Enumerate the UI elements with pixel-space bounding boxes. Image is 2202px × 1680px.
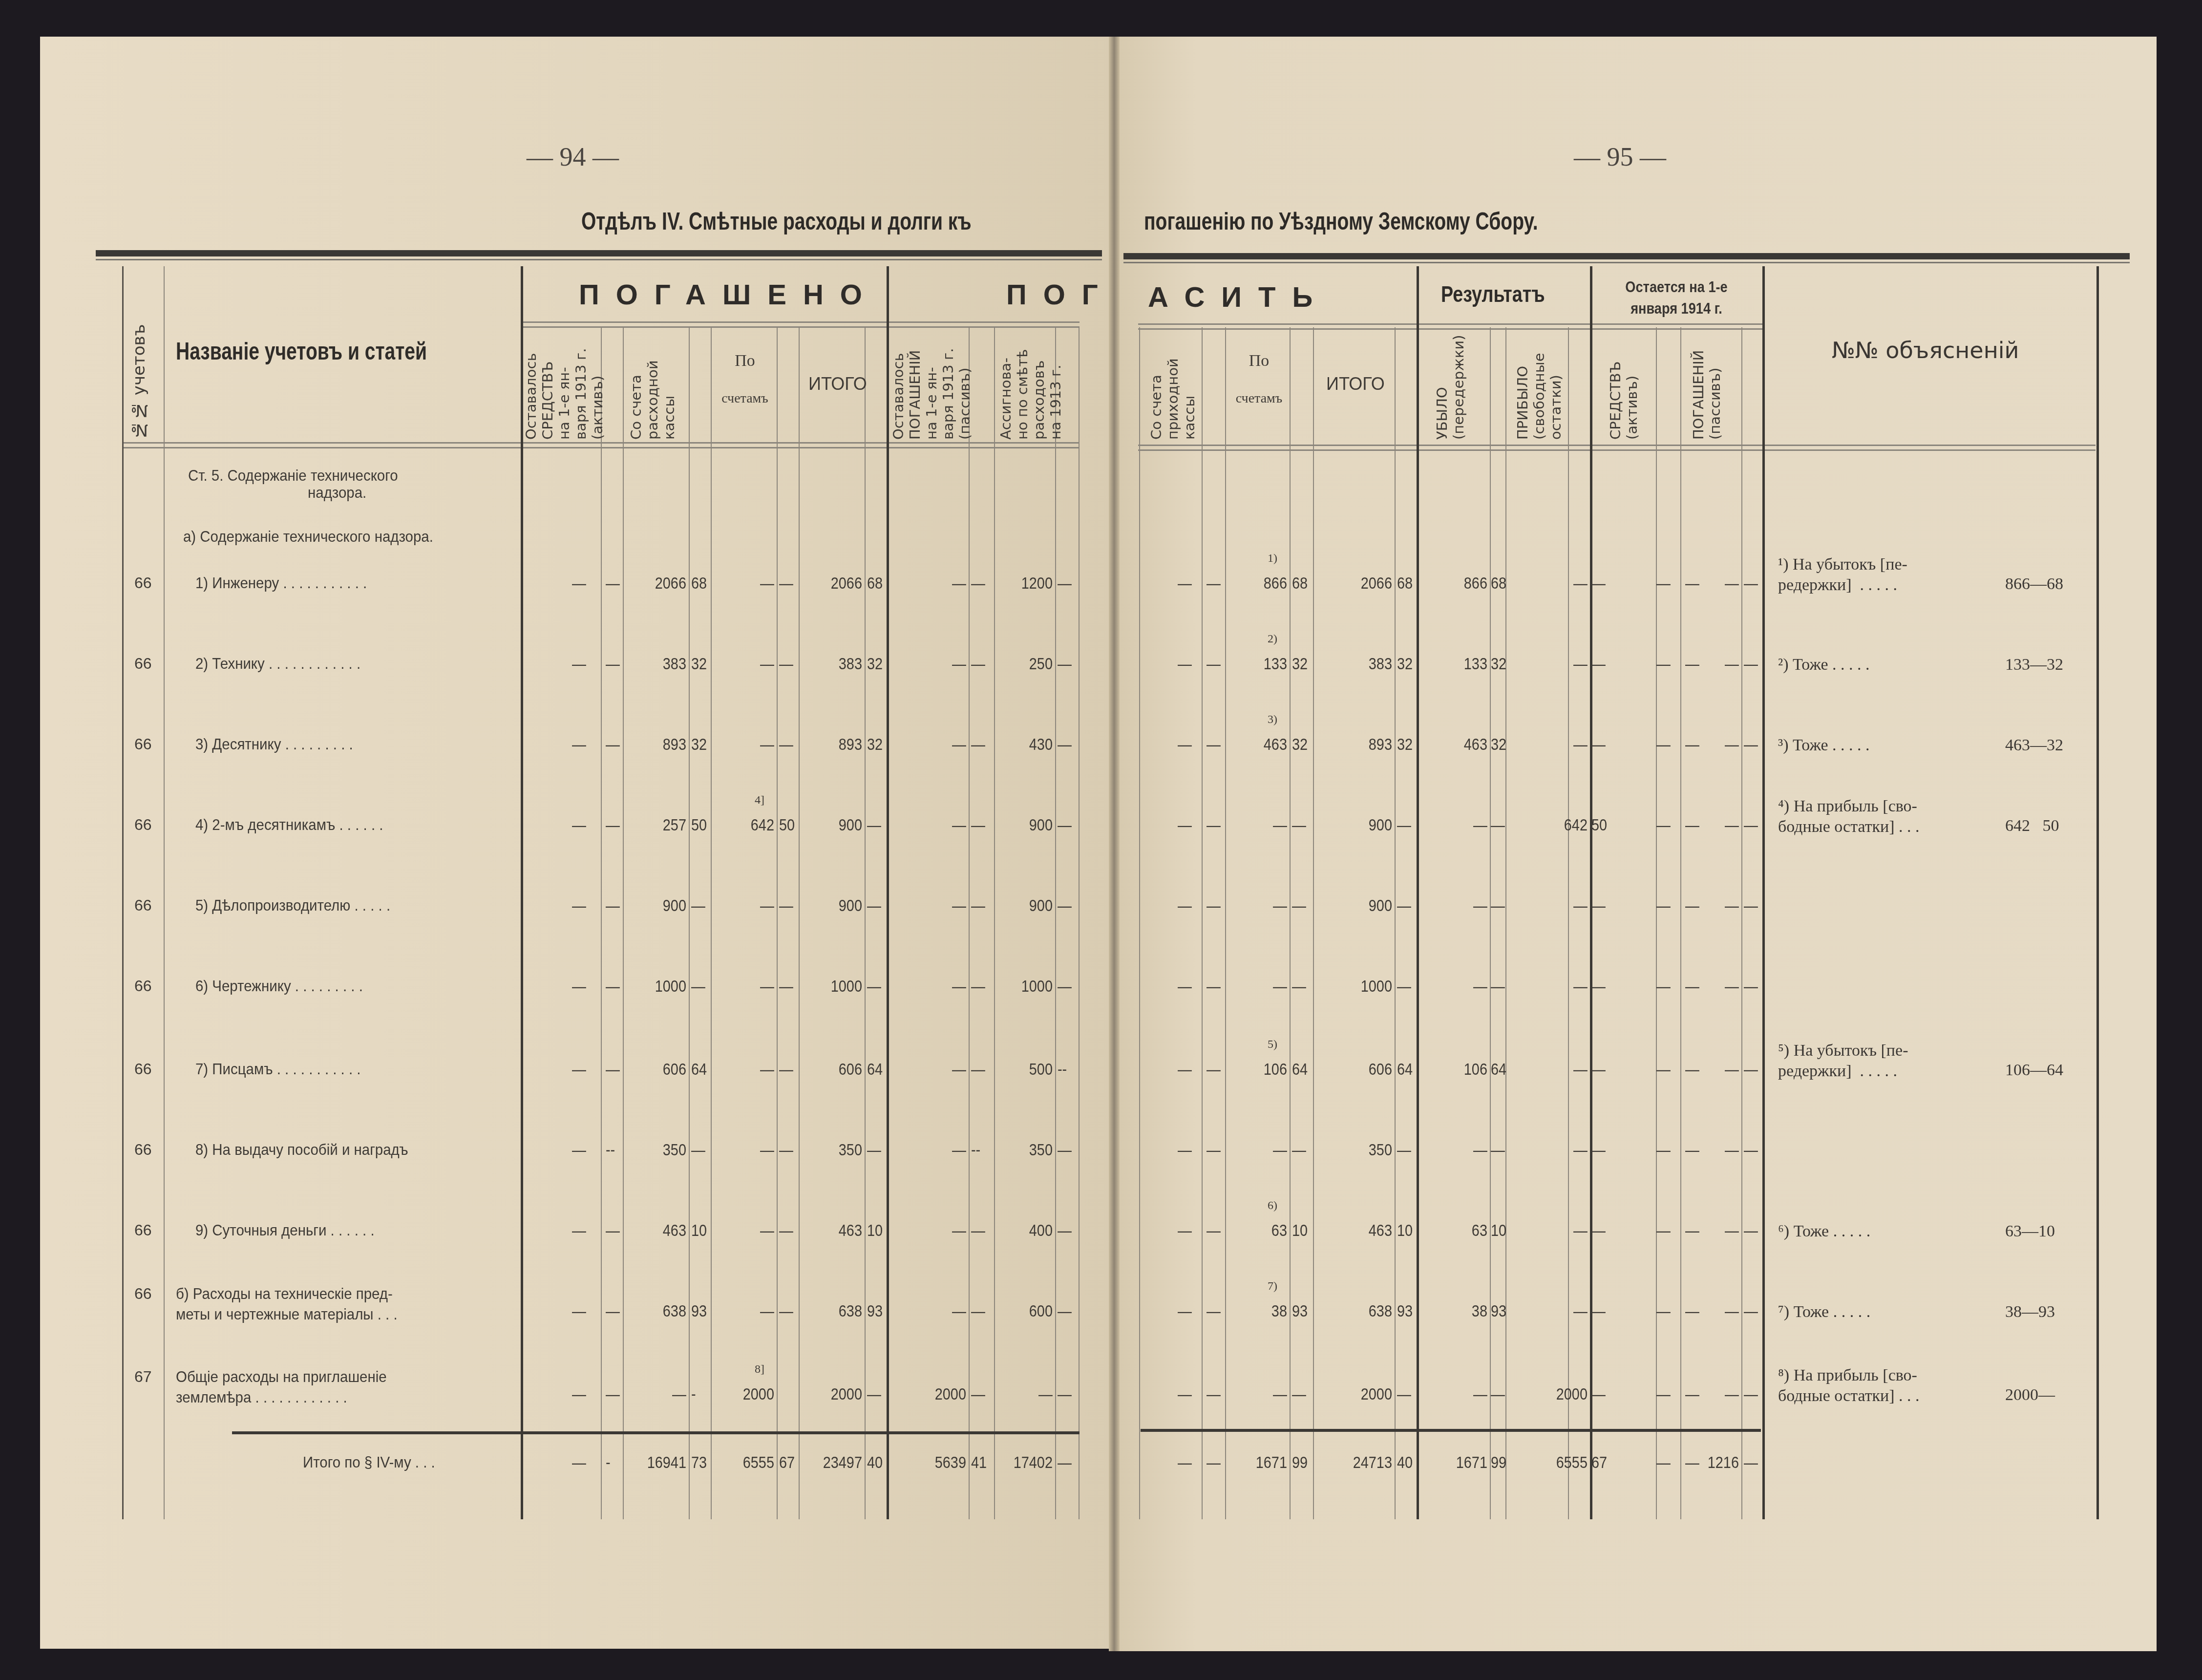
col-border: [122, 266, 124, 1519]
row-label: б) Расходы на техническіе пред-: [176, 1285, 393, 1303]
cell-c2-rub: 350: [620, 1141, 686, 1160]
total-c5-rub: 5639: [891, 1453, 966, 1472]
header-pogasit-right: АСИТЬ: [1148, 281, 1329, 314]
subheader-so-scheta-prihodnoy: Со счета приходной кассы: [1148, 332, 1198, 440]
cell-c6-kop: --: [1058, 1060, 1075, 1079]
cell-r3-rub: 350: [1326, 1141, 1392, 1160]
total-r4-rub: 1671: [1413, 1453, 1487, 1472]
cell-c2-rub: 606: [620, 1060, 686, 1079]
cell-c4-kop: 93: [867, 1302, 885, 1321]
col-border: [865, 327, 866, 1519]
cell-c4-rub: 900: [796, 816, 862, 835]
page-number-right: — 95 —: [1574, 142, 1666, 172]
cell-r7-kop: —: [1744, 574, 1761, 593]
cell-r7-kop: —: [1744, 896, 1761, 915]
cell-r3-kop: —: [1397, 1385, 1415, 1404]
cell-c6-kop: —: [1058, 816, 1075, 835]
total-c3-rub: 6555: [699, 1453, 774, 1472]
explanation-value: 106—64: [2005, 1060, 2063, 1081]
explanation-text: ¹) На убытокъ [пе- редержки] . . . . .: [1778, 554, 1907, 595]
cell-r1-rub: —: [1125, 574, 1192, 593]
cell-r7-rub: —: [1673, 655, 1739, 674]
total-c6-rub: 17402: [978, 1453, 1053, 1472]
cell-r4-rub: 63: [1421, 1221, 1487, 1240]
cell-c3-kop: —: [779, 574, 797, 593]
cell-r5-rub: —: [1521, 977, 1588, 996]
cell-c5-rub: —: [900, 896, 966, 915]
cell-r6-rub: —: [1604, 816, 1671, 835]
col-border: [1225, 327, 1226, 1519]
col-border: [1202, 327, 1203, 1519]
col-border: [969, 327, 970, 1519]
subheader-ostavalos-pogasheniy: Оставалось ПОГАШЕНІЙ на 1-е ян- варя 191…: [890, 332, 973, 440]
cell-c6-rub: 600: [986, 1302, 1053, 1321]
header-remains: Остается на 1-е января 1914 г.: [1606, 276, 1747, 319]
subheader-pribylo: ПРИБЫЛО (свободные остатки): [1514, 332, 1564, 440]
cell-c3-rub: —: [708, 1302, 774, 1321]
cell-c1-rub: —: [520, 1221, 586, 1240]
header-explanations: №№ объясненій: [1832, 337, 2019, 363]
cell-r3-kop: 64: [1397, 1060, 1415, 1079]
page-number-left: — 94 —: [527, 142, 619, 172]
cell-c6-rub: 430: [986, 735, 1053, 754]
group-rule-right: [1138, 323, 1763, 330]
header-name: Названіе учетовъ и статей: [176, 337, 427, 365]
cell-r2-rub: —: [1221, 1141, 1287, 1160]
cell-c5-rub: —: [900, 977, 966, 996]
header-bottom-rule-right: [1138, 445, 2096, 451]
cell-c4-kop: —: [867, 896, 885, 915]
cell-c6-rub: 250: [986, 655, 1053, 674]
cell-c4-rub: 606: [796, 1060, 862, 1079]
cell-r4-rub: 866: [1421, 574, 1487, 593]
explanation-value: 2000—: [2005, 1385, 2055, 1405]
cell-r2-rub: 133: [1221, 655, 1287, 674]
account-number: 67: [134, 1368, 152, 1386]
cell-r7-kop: —: [1744, 977, 1761, 996]
cell-r4-kop: —: [1491, 977, 1508, 996]
cell-r6-rub: —: [1604, 1141, 1671, 1160]
cell-r6-rub: —: [1604, 1060, 1671, 1079]
cell-r6-rub: —: [1604, 655, 1671, 674]
subheader-pogasheniy: ПОГАШЕНІЙ (пассивъ): [1690, 332, 1723, 440]
subheader-schetam-right: счетамъ: [1228, 391, 1290, 406]
header-result: Результатъ: [1441, 281, 1545, 307]
cell-c4-rub: 900: [796, 896, 862, 915]
cell-c3-rub: —: [708, 1221, 774, 1240]
cell-c3-rub: —: [708, 735, 774, 754]
cell-c6-kop: —: [1058, 1141, 1075, 1160]
cell-c6-rub: 400: [986, 1221, 1053, 1240]
total-rule-left: [232, 1431, 1080, 1434]
cell-c4-kop: 10: [867, 1221, 885, 1240]
cell-r2-rub: —: [1221, 1385, 1287, 1404]
cell-c1-rub: —: [520, 1141, 586, 1160]
cell-r2-rub: —: [1221, 816, 1287, 835]
cell-r3-kop: 10: [1397, 1221, 1415, 1240]
col-border: [1417, 266, 1419, 1519]
cell-c2-kop: 32: [691, 655, 709, 674]
cell-r3-kop: 93: [1397, 1302, 1415, 1321]
cell-c6-kop: —: [1058, 1302, 1075, 1321]
cell-r4-rub: —: [1421, 896, 1487, 915]
cell-r7-kop: —: [1744, 1141, 1761, 1160]
top-subrule-right: [1123, 262, 2130, 263]
account-number: 66: [134, 896, 152, 914]
cell-c2-rub: —: [620, 1385, 686, 1404]
cell-r5-rub: —: [1521, 1302, 1588, 1321]
cell-r6-rub: —: [1604, 896, 1671, 915]
col-border: [1762, 266, 1765, 1519]
cell-c2-kop: 64: [691, 1060, 709, 1079]
cell-c4-kop: —: [867, 1385, 885, 1404]
cell-c3-rub: 642: [708, 816, 774, 835]
subheader-sredstv: СРЕДСТВЪ (активъ): [1607, 332, 1640, 440]
cell-r4-kop: 32: [1491, 655, 1508, 674]
cell-c5-rub: —: [900, 1060, 966, 1079]
col-border: [1680, 327, 1681, 1519]
account-number: 66: [134, 977, 152, 995]
cell-r7-rub: —: [1673, 1141, 1739, 1160]
cell-r4-kop: 32: [1491, 735, 1508, 754]
cell-r7-rub: —: [1673, 816, 1739, 835]
explanation-value: 463—32: [2005, 735, 2063, 756]
cell-c1-rub: —: [520, 1385, 586, 1404]
account-number: 66: [134, 1221, 152, 1239]
cell-c6-kop: —: [1058, 574, 1075, 593]
cell-r4-kop: —: [1491, 816, 1508, 835]
cell-r3-kop: 32: [1397, 655, 1415, 674]
cell-r4-rub: 106: [1421, 1060, 1487, 1079]
total-r2-rub: 1671: [1212, 1453, 1287, 1472]
top-rule-right: [1123, 253, 2130, 259]
cell-c5-rub: —: [900, 1141, 966, 1160]
cell-c3-kop: —: [779, 977, 797, 996]
cell-c1-rub: —: [520, 735, 586, 754]
col-border: [689, 327, 690, 1519]
explanation-text: ⁷) Тоже . . . . .: [1778, 1302, 1870, 1322]
cell-r5-rub: —: [1521, 574, 1588, 593]
cell-r6-rub: —: [1604, 735, 1671, 754]
row-label-cont: меты и чертежные матеріалы . . .: [176, 1305, 398, 1323]
explanation-text: ²) Тоже . . . . .: [1778, 655, 1870, 675]
cell-c6-rub: 900: [986, 816, 1053, 835]
section-heading-cont: надзора.: [308, 484, 366, 502]
cell-c3-rub: 2000: [708, 1385, 774, 1404]
total-c1-rub: —: [511, 1453, 586, 1472]
col-border: [1490, 327, 1491, 1519]
cell-c3-rub: —: [708, 896, 774, 915]
total-r6-rub: —: [1596, 1453, 1671, 1472]
cell-r2-rub: 106: [1221, 1060, 1287, 1079]
total-r3-kop: 40: [1397, 1453, 1415, 1472]
cell-r3-kop: —: [1397, 816, 1415, 835]
header-pogasheno: ПОГАШЕНО: [579, 278, 879, 311]
cell-c6-rub: 350: [986, 1141, 1053, 1160]
cell-r2-kop: —: [1292, 816, 1310, 835]
cell-c1-rub: —: [520, 574, 586, 593]
cell-c5-rub: —: [900, 1302, 966, 1321]
subheader-ostavalos-sredstv: Оставалось СРЕДСТВЪ на 1-е ян- варя 1913…: [523, 332, 606, 440]
cell-c2-kop: 93: [691, 1302, 709, 1321]
total-c6-kop: —: [1058, 1453, 1075, 1472]
cell-r7-kop: —: [1744, 1060, 1761, 1079]
cell-c3-kop: —: [779, 1141, 797, 1160]
cell-r2-rub: 63: [1221, 1221, 1287, 1240]
cell-c1-rub: —: [520, 655, 586, 674]
section-subheading: а) Содержаніе технического надзора.: [183, 528, 433, 546]
cell-r7-kop: —: [1744, 655, 1761, 674]
total-r3-rub: 24713: [1317, 1453, 1392, 1472]
row-label: 6) Чертежнику . . . . . . . . .: [195, 977, 363, 995]
cell-r2-rub: —: [1221, 977, 1287, 996]
col-border: [601, 327, 602, 1519]
cell-r5-rub: 2000: [1521, 1385, 1588, 1404]
cell-c6-kop: —: [1058, 735, 1075, 754]
cell-r3-kop: 32: [1397, 735, 1415, 754]
cell-c4-rub: 350: [796, 1141, 862, 1160]
row-label-cont: землемѣра . . . . . . . . . . . .: [176, 1388, 347, 1406]
cell-r7-kop: —: [1744, 1221, 1761, 1240]
cell-r7-rub: —: [1673, 735, 1739, 754]
total-r7-rub: 1216: [1664, 1453, 1739, 1472]
row-label: 9) Суточныя деньги . . . . . .: [195, 1221, 375, 1239]
col-border: [777, 327, 778, 1519]
cell-c2-rub: 257: [620, 816, 686, 835]
cell-r5-rub: —: [1521, 1141, 1588, 1160]
cell-r3-rub: 900: [1326, 896, 1392, 915]
total-rule-right: [1141, 1429, 1761, 1432]
footnote-marker: 7): [1268, 1280, 1277, 1293]
cell-c2-rub: 463: [620, 1221, 686, 1240]
cell-r7-kop: —: [1744, 735, 1761, 754]
total-label: Итого по § IV-му . . .: [303, 1453, 435, 1471]
cell-c6-kop: —: [1058, 896, 1075, 915]
cell-c3-rub: —: [708, 655, 774, 674]
cell-c3-kop: —: [779, 1221, 797, 1240]
cell-r2-kop: 93: [1292, 1302, 1310, 1321]
cell-c2-kop: 32: [691, 735, 709, 754]
cell-r3-rub: 893: [1326, 735, 1392, 754]
cell-r4-rub: 463: [1421, 735, 1487, 754]
explanation-text: ³) Тоже . . . . .: [1778, 735, 1870, 756]
cell-r1-rub: —: [1125, 896, 1192, 915]
total-r5-rub: 6555: [1513, 1453, 1588, 1472]
cell-c3-kop: —: [779, 1060, 797, 1079]
cell-c3-kop: —: [779, 655, 797, 674]
col-border: [711, 327, 712, 1519]
cell-r5-rub: 642: [1521, 816, 1588, 835]
cell-c6-rub: 500: [986, 1060, 1053, 1079]
cell-r2-kop: 68: [1292, 574, 1310, 593]
cell-c5-rub: —: [900, 655, 966, 674]
subheader-itogo: ИТОГО: [808, 374, 867, 394]
col-border: [1590, 266, 1592, 1519]
cell-r2-rub: 38: [1221, 1302, 1287, 1321]
cell-c2-kop: —: [691, 896, 709, 915]
cell-r3-rub: 2000: [1326, 1385, 1392, 1404]
cell-r6-rub: —: [1604, 574, 1671, 593]
section-heading: Ст. 5. Содержаніе технического: [188, 467, 398, 485]
col-border: [1290, 327, 1291, 1519]
cell-r3-rub: 1000: [1326, 977, 1392, 996]
cell-c2-rub: 1000: [620, 977, 686, 996]
cell-r7-rub: —: [1673, 1060, 1739, 1079]
cell-r2-kop: 32: [1292, 735, 1310, 754]
row-label: Общіе расходы на приглашеніе: [176, 1368, 387, 1386]
cell-c2-rub: 893: [620, 735, 686, 754]
cell-c4-kop: —: [867, 1141, 885, 1160]
explanation-text: ⁵) На убытокъ [пе- редержки] . . . . .: [1778, 1041, 1908, 1082]
explanation-value: 133—32: [2005, 655, 2063, 675]
cell-r3-rub: 2066: [1326, 574, 1392, 593]
cell-c5-rub: —: [900, 1221, 966, 1240]
group-rule-left: [523, 321, 1080, 328]
cell-r4-rub: —: [1421, 1141, 1487, 1160]
row-label: 5) Дѣлопроизводителю . . . . .: [195, 896, 390, 914]
col-border: [1656, 327, 1657, 1519]
account-number: 66: [134, 735, 152, 753]
cell-c4-kop: 32: [867, 655, 885, 674]
cell-c6-rub: —: [986, 1385, 1053, 1404]
cell-c5-rub: —: [900, 574, 966, 593]
cell-c4-rub: 2000: [796, 1385, 862, 1404]
cell-c6-kop: —: [1058, 977, 1075, 996]
cell-c4-kop: 68: [867, 574, 885, 593]
cell-r6-rub: —: [1604, 977, 1671, 996]
subheader-schetam: счетамъ: [713, 391, 777, 406]
col-border: [1395, 327, 1396, 1519]
cell-c1-rub: —: [520, 1060, 586, 1079]
cell-c1-rub: —: [520, 816, 586, 835]
footnote-marker: 3): [1268, 713, 1277, 726]
cell-c4-kop: 64: [867, 1060, 885, 1079]
cell-c4-rub: 893: [796, 735, 862, 754]
title-left: Отдѣлъ IV. Смѣтные расходы и долги къ: [581, 207, 972, 235]
cell-r6-rub: —: [1604, 1221, 1671, 1240]
cell-r2-kop: —: [1292, 977, 1310, 996]
cell-r5-rub: —: [1521, 896, 1588, 915]
col-border: [1313, 327, 1314, 1519]
cell-c2-kop: —: [691, 977, 709, 996]
cell-r3-rub: 463: [1326, 1221, 1392, 1240]
account-number: 66: [134, 816, 152, 834]
cell-r2-kop: —: [1292, 1141, 1310, 1160]
cell-c1-rub: —: [520, 896, 586, 915]
cell-c2-kop: -: [691, 1385, 709, 1404]
cell-r7-rub: —: [1673, 1221, 1739, 1240]
cell-c3-kop: —: [779, 735, 797, 754]
col-border: [994, 327, 995, 1519]
cell-r1-rub: —: [1125, 655, 1192, 674]
cell-r4-kop: 10: [1491, 1221, 1508, 1240]
row-label: 8) На выдачу пособій и наградъ: [195, 1141, 408, 1159]
cell-c6-kop: —: [1058, 1385, 1075, 1404]
explanation-value: 63—10: [2005, 1221, 2055, 1242]
cell-r3-kop: —: [1397, 1141, 1415, 1160]
cell-c3-kop: —: [779, 1302, 797, 1321]
explanation-value: 38—93: [2005, 1302, 2055, 1322]
cell-r3-kop: 68: [1397, 574, 1415, 593]
cell-c6-kop: —: [1058, 655, 1075, 674]
cell-r2-kop: 32: [1292, 655, 1310, 674]
row-label: 2) Технику . . . . . . . . . . . .: [195, 655, 360, 673]
top-subrule-left: [96, 259, 1102, 260]
cell-c6-rub: 1000: [986, 977, 1053, 996]
cell-r7-rub: —: [1673, 1385, 1739, 1404]
cell-r1-rub: —: [1125, 1141, 1192, 1160]
cell-c6-kop: —: [1058, 1221, 1075, 1240]
account-number: 66: [134, 1285, 152, 1303]
col-border: [1079, 327, 1080, 1519]
cell-c1-rub: —: [520, 977, 586, 996]
cell-r1-rub: —: [1125, 977, 1192, 996]
row-label: 7) Писцамъ . . . . . . . . . . .: [195, 1060, 361, 1078]
cell-r4-kop: —: [1491, 1141, 1508, 1160]
subheader-po: По: [713, 352, 777, 370]
cell-c6-rub: 900: [986, 896, 1053, 915]
account-number: 66: [134, 574, 152, 592]
footnote-marker: 5): [1268, 1038, 1277, 1051]
cell-c1-rub: —: [520, 1302, 586, 1321]
col-border: [164, 266, 165, 1519]
total-c4-rub: 23497: [787, 1453, 862, 1472]
cell-r3-kop: —: [1397, 977, 1415, 996]
cell-r4-kop: 64: [1491, 1060, 1508, 1079]
top-rule-left: [96, 250, 1102, 256]
col-border: [2096, 266, 2099, 1519]
cell-r4-rub: —: [1421, 977, 1487, 996]
cell-r5-rub: —: [1521, 655, 1588, 674]
explanation-text: ⁴) На прибыль [сво- бодные остатки] . . …: [1778, 796, 1920, 837]
col-border: [887, 266, 889, 1519]
cell-c3-kop: 50: [779, 816, 797, 835]
col-border: [521, 266, 523, 1519]
cell-r5-rub: —: [1521, 1221, 1588, 1240]
footnote-marker: 4]: [755, 794, 764, 807]
cell-c3-rub: —: [708, 574, 774, 593]
cell-r2-rub: 463: [1221, 735, 1287, 754]
col-border: [1505, 327, 1506, 1519]
title-right: погашенію по Уѣздному Земскому Сбору.: [1144, 207, 1538, 235]
cell-r7-kop: —: [1744, 1385, 1761, 1404]
cell-r1-rub: —: [1125, 1385, 1192, 1404]
cell-c5-rub: —: [900, 816, 966, 835]
subheader-so-scheta-rashodnoy: Со счета расходной кассы: [628, 332, 678, 440]
account-number: 66: [134, 1141, 152, 1159]
cell-c2-rub: 900: [620, 896, 686, 915]
left-page: [40, 37, 1114, 1649]
cell-r7-rub: —: [1673, 1302, 1739, 1321]
footnote-marker: 6): [1268, 1199, 1277, 1212]
cell-c4-kop: —: [867, 977, 885, 996]
footnote-marker: 8]: [755, 1363, 764, 1376]
subheader-ubylo: УБЫЛО (передержки): [1434, 332, 1467, 440]
cell-r7-rub: —: [1673, 574, 1739, 593]
cell-r3-rub: 383: [1326, 655, 1392, 674]
cell-r2-rub: —: [1221, 896, 1287, 915]
explanation-value: 866—68: [2005, 574, 2063, 595]
col-border: [1568, 327, 1569, 1519]
cell-r6-rub: —: [1604, 1385, 1671, 1404]
cell-r7-kop: —: [1744, 816, 1761, 835]
account-number: 66: [134, 655, 152, 673]
cell-r4-kop: —: [1491, 1385, 1508, 1404]
cell-r2-kop: 10: [1292, 1221, 1310, 1240]
cell-r1-rub: —: [1125, 1060, 1192, 1079]
explanation-value: 642 50: [2005, 816, 2059, 836]
explanation-text: ⁶) Тоже . . . . .: [1778, 1221, 1870, 1242]
